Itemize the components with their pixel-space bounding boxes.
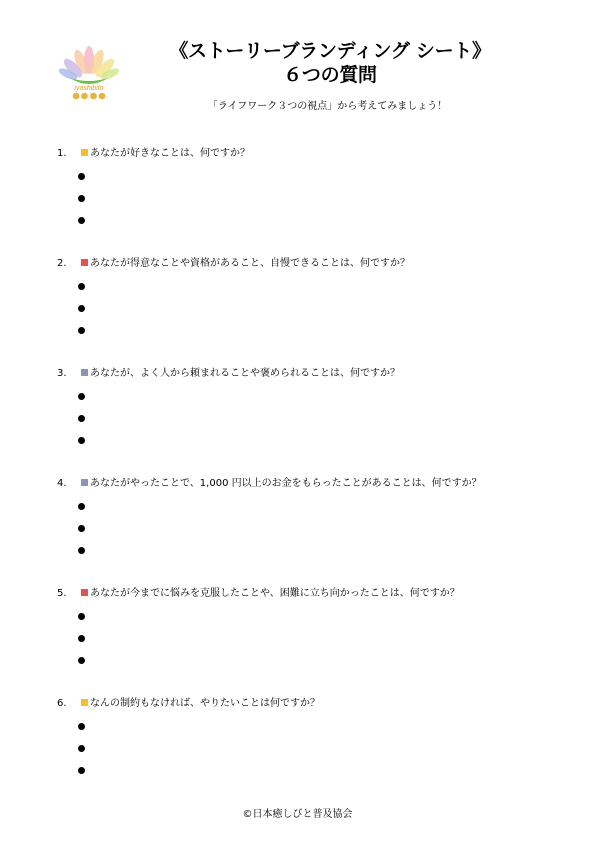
bullet-icon (78, 767, 85, 774)
bullet-icon (78, 195, 85, 202)
title-line-1: 《ストーリーブランディング シート》 (120, 39, 540, 63)
svg-text:iyashibito: iyashibito (74, 85, 103, 92)
question-text: あなたが好きなことは、何ですか？ (90, 148, 250, 159)
bullet-icon (78, 283, 85, 290)
question-text: あなたが、よく人から頼まれることや褒められることは、何ですか？ (90, 368, 400, 379)
question-number: 5. (57, 587, 81, 601)
bullet-icon (78, 525, 85, 532)
question-text: あなたが得意なことや資格があること、自慢できることは、何ですか？ (90, 258, 410, 269)
square-marker-icon (81, 149, 88, 156)
question-6: 6. なんの制約もなければ、やりたいことは何ですか？ (57, 697, 557, 797)
bullet-icon (78, 327, 85, 334)
page-title: 《ストーリーブランディング シート》 ６つの質問 (120, 39, 540, 87)
question-1: 1. あなたが好きなことは、何ですか？ (57, 147, 557, 247)
question-number: 1. (57, 147, 81, 161)
question-number: 3. (57, 367, 81, 381)
copyright-footer: ©日本癒しびと普及協会 (0, 808, 595, 822)
square-marker-icon (81, 699, 88, 706)
bullet-icon (78, 657, 85, 664)
question-number: 4. (57, 477, 81, 491)
question-3: 3. あなたが、よく人から頼まれることや褒められることは、何ですか？ (57, 367, 557, 467)
bullet-icon (78, 635, 85, 642)
question-text: なんの制約もなければ、やりたいことは何ですか？ (90, 698, 320, 709)
square-marker-icon (81, 479, 88, 486)
bullet-icon (78, 613, 85, 620)
bullet-icon (78, 745, 85, 752)
lotus-logo: iyashibito (56, 38, 122, 104)
bullet-icon (78, 217, 85, 224)
question-number: 2. (57, 257, 81, 271)
bullet-icon (78, 547, 85, 554)
square-marker-icon (81, 259, 88, 266)
title-line-2: ６つの質問 (120, 63, 540, 87)
question-number: 6. (57, 697, 81, 711)
square-marker-icon (81, 589, 88, 596)
square-marker-icon (81, 369, 88, 376)
question-5: 5. あなたが今までに悩みを克服したことや、困難に立ち向かったことは、何ですか？ (57, 587, 557, 687)
bullet-icon (78, 437, 85, 444)
bullet-icon (78, 173, 85, 180)
question-text: あなたがやったことで、1,000 円以上のお金をもらったことがあることは、何です… (90, 478, 482, 489)
bullet-icon (78, 723, 85, 730)
subtitle: 「ライフワーク３つの視点」から考えてみましょう！ (150, 100, 505, 114)
question-text: あなたが今までに悩みを克服したことや、困難に立ち向かったことは、何ですか？ (90, 588, 460, 599)
bullet-icon (78, 393, 85, 400)
bullet-icon (78, 415, 85, 422)
bullet-icon (78, 305, 85, 312)
question-4: 4. あなたがやったことで、1,000 円以上のお金をもらったことがあることは、… (57, 477, 557, 577)
lotus-logo-icon: iyashibito (56, 38, 122, 104)
bullet-icon (78, 503, 85, 510)
question-2: 2. あなたが得意なことや資格があること、自慢できることは、何ですか？ (57, 257, 557, 357)
